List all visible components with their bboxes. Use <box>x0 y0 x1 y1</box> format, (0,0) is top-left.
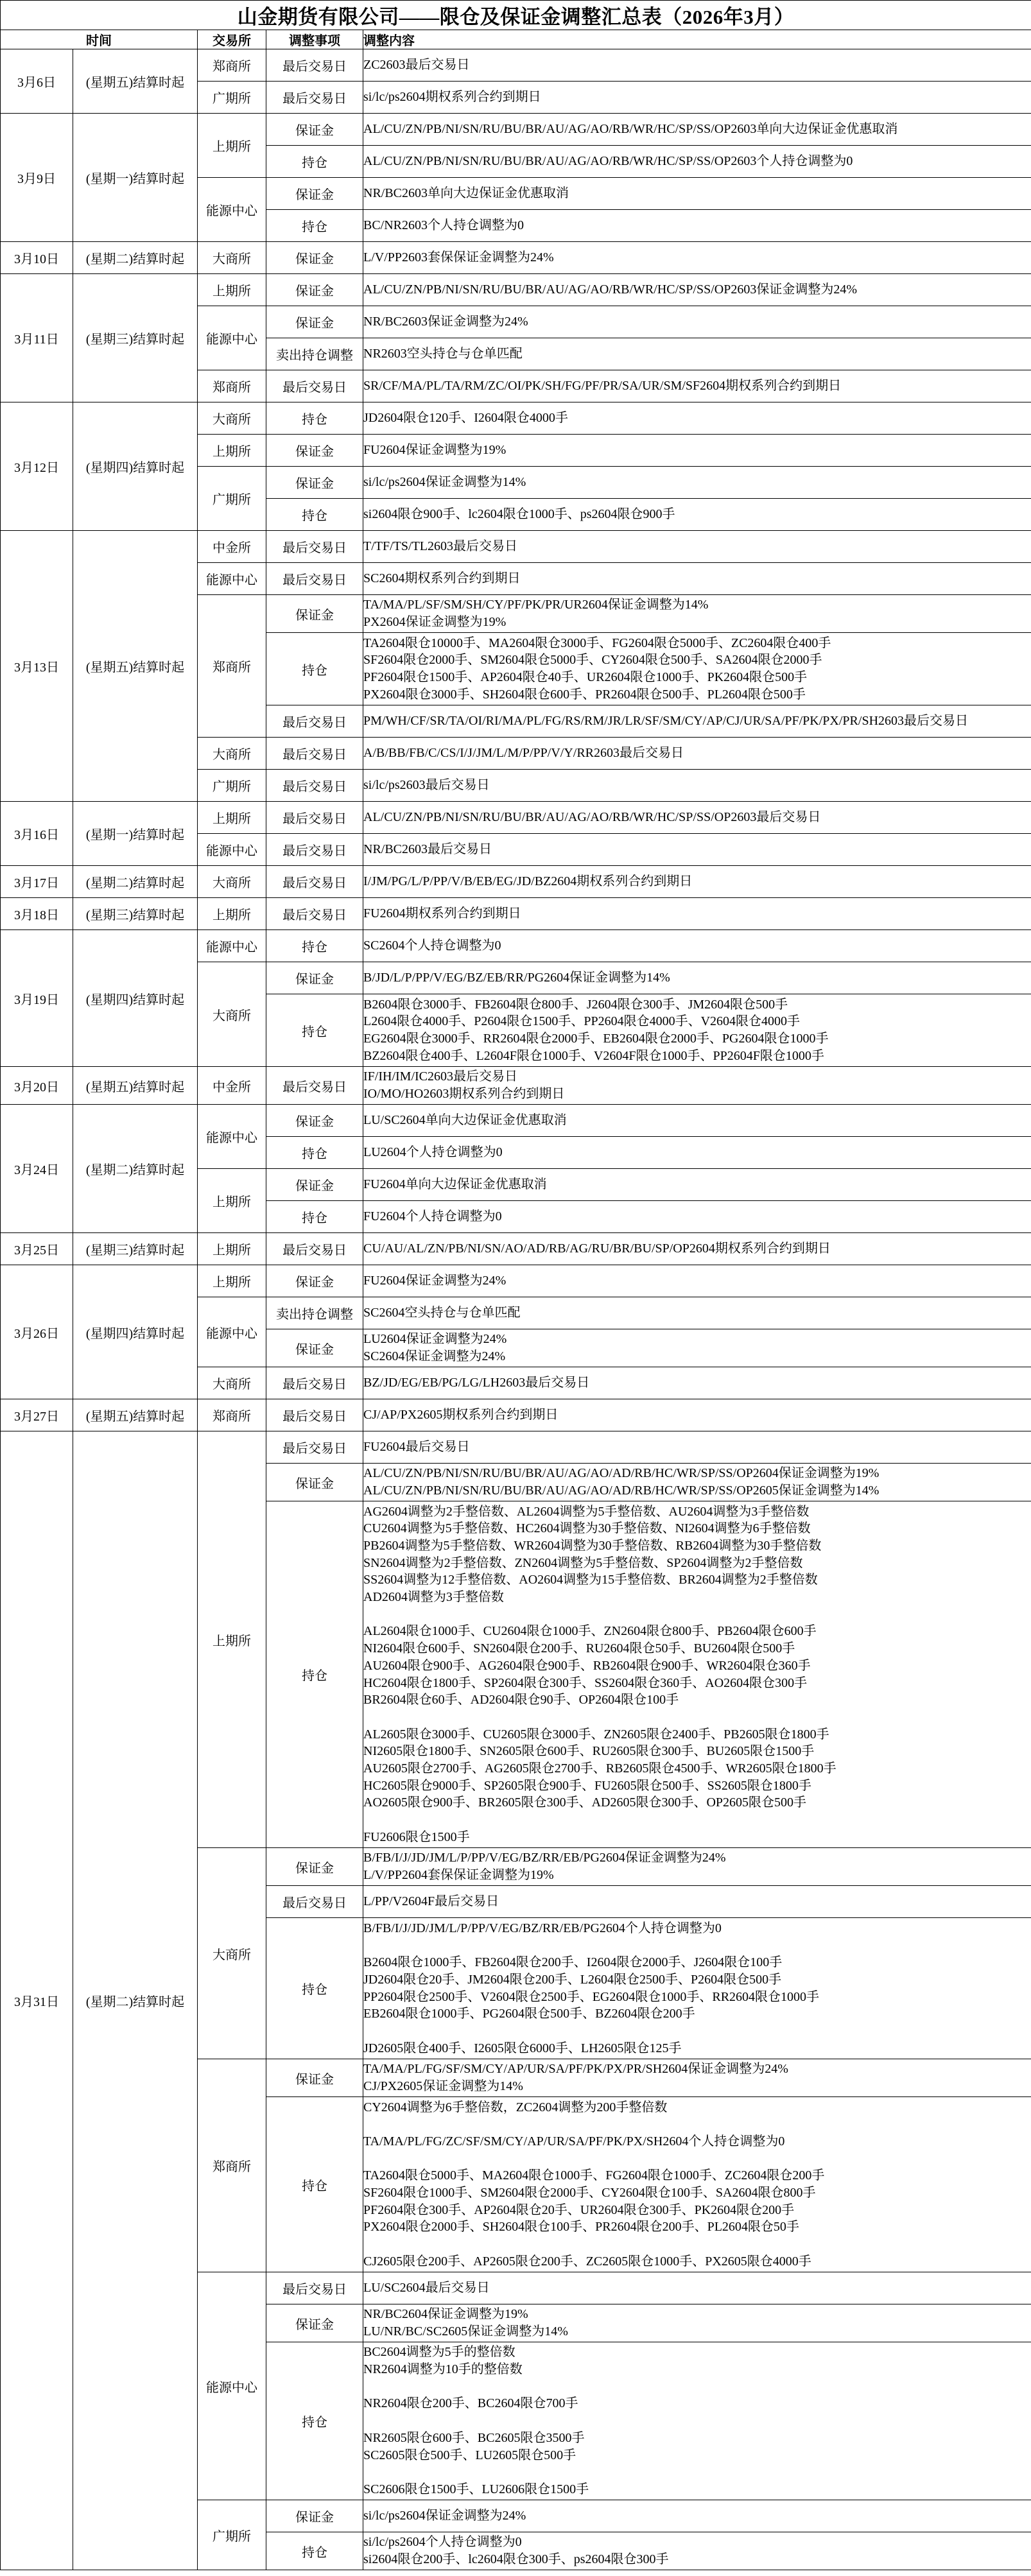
content-cell: TA/MA/PL/FG/SF/SM/CY/AP/UR/SA/PF/PK/PX/P… <box>363 2059 1031 2097</box>
table-row: 3月13日(星期五)结算时起中金所最后交易日T/TF/TS/TL2603最后交易… <box>1 531 1031 563</box>
exchange-cell: 上期所 <box>198 274 266 306</box>
content-cell: JD2604限仓120手、I2604限仓4000手 <box>363 402 1031 435</box>
weekday-cell: (星期一)结算时起 <box>73 802 198 866</box>
content-cell: NR/BC2603保证金调整为24% <box>363 306 1031 338</box>
weekday-cell: (星期五)结算时起 <box>73 1067 198 1105</box>
item-type-cell: 持仓 <box>266 1918 363 2059</box>
item-type-cell: 保证金 <box>266 1329 363 1367</box>
content-line: PX2604限仓2000手、SH2604限仓100手、PR2604限仓200手、… <box>363 2218 1031 2236</box>
content-line: NI2604限仓600手、SN2604限仓200手、RU2604限仓50手、BU… <box>363 1640 1031 1657</box>
table-row: 3月26日(星期四)结算时起上期所保证金FU2604保证金调整为24% <box>1 1265 1031 1297</box>
header-content: 调整内容 <box>363 30 1031 49</box>
item-type-cell: 卖出持仓调整 <box>266 338 363 370</box>
item-type-cell: 最后交易日 <box>266 2272 363 2304</box>
date-cell: 3月31日 <box>1 1431 73 2570</box>
item-type-cell: 保证金 <box>266 178 363 210</box>
item-type-cell: 保证金 <box>266 274 363 306</box>
content-line: PM/WH/CF/SR/TA/OI/RI/MA/PL/FG/RS/RM/JR/L… <box>363 713 1031 730</box>
content-cell: si/lc/ps2604保证金调整为14% <box>363 467 1031 499</box>
content-line: PX2604保证金调整为19% <box>363 614 1031 631</box>
weekday-cell: (星期四)结算时起 <box>73 402 198 531</box>
content-cell: LU/SC2604单向大边保证金优惠取消 <box>363 1105 1031 1137</box>
content-line: si/lc/ps2604个人持仓调整为0 <box>363 2534 1031 2551</box>
content-line <box>363 1937 1031 1954</box>
content-line: si/lc/ps2604保证金调整为24% <box>363 2507 1031 2525</box>
date-cell: 3月13日 <box>1 531 73 802</box>
weekday-cell: (星期三)结算时起 <box>73 1233 198 1265</box>
table-row: 3月27日(星期五)结算时起郑商所最后交易日CJ/AP/PX2605期权系列合约… <box>1 1399 1031 1431</box>
date-cell: 3月12日 <box>1 402 73 531</box>
content-cell: si/lc/ps2603最后交易日 <box>363 770 1031 802</box>
content-line: BC2604调整为5手的整倍数 <box>363 2344 1031 2361</box>
content-cell: IF/IH/IM/IC2603最后交易日IO/MO/HO2603期权系列合约到期… <box>363 1067 1031 1105</box>
item-type-cell: 最后交易日 <box>266 1367 363 1399</box>
content-line: TA/MA/PL/FG/SF/SM/CY/AP/UR/SA/PF/PK/PX/P… <box>363 2061 1031 2078</box>
item-type-cell: 最后交易日 <box>266 866 363 898</box>
item-type-cell: 持仓 <box>266 2097 363 2272</box>
content-line: AL2604限仓1000手、CU2604限仓1000手、ZN2604限仓800手… <box>363 1623 1031 1640</box>
exchange-cell: 大商所 <box>198 1848 266 2059</box>
item-type-cell: 卖出持仓调整 <box>266 1297 363 1329</box>
content-cell: AL/CU/ZN/PB/NI/SN/RU/BU/BR/AU/AG/AO/RB/W… <box>363 274 1031 306</box>
content-line: A/B/BB/FB/C/CS/I/J/JM/L/M/P/PP/V/Y/RR260… <box>363 745 1031 762</box>
weekday-cell: (星期五)结算时起 <box>73 531 198 802</box>
content-cell: NR2603空头持仓与仓单匹配 <box>363 338 1031 370</box>
content-line: si/lc/ps2603最后交易日 <box>363 777 1031 794</box>
content-line: LU/SC2604最后交易日 <box>363 2279 1031 2297</box>
content-line: EG2604限仓3000手、RR2604限仓2000手、EB2604限仓2000… <box>363 1030 1031 1048</box>
content-line <box>363 1709 1031 1726</box>
item-type-cell: 保证金 <box>266 435 363 467</box>
content-cell: PM/WH/CF/SR/TA/OI/RI/MA/PL/FG/RS/RM/JR/L… <box>363 705 1031 738</box>
content-line: NR2604限仓200手、BC2604限仓700手 <box>363 2395 1031 2412</box>
item-type-cell: 最后交易日 <box>266 563 363 595</box>
content-line: FU2606限仓1500手 <box>363 1829 1031 1846</box>
item-type-cell: 最后交易日 <box>266 1233 363 1265</box>
content-line: PB2604调整为5手整倍数、WR2604调整为30手整倍数、RB2604调整为… <box>363 1537 1031 1555</box>
content-line: L/V/PP2603套保保证金调整为24% <box>363 249 1031 266</box>
content-line: L2604限仓4000手、P2604限仓1500手、PP2604限仓4000手、… <box>363 1013 1031 1030</box>
content-line <box>363 2236 1031 2253</box>
content-cell: CY2604调整为6手整倍数，ZC2604调整为200手整倍数TA/MA/PL/… <box>363 2097 1031 2272</box>
content-line: IO/MO/HO2603期权系列合约到期日 <box>363 1085 1031 1103</box>
exchange-cell: 郑商所 <box>198 49 266 82</box>
weekday-cell: (星期三)结算时起 <box>73 898 198 930</box>
weekday-cell: (星期二)结算时起 <box>73 242 198 274</box>
content-line <box>363 1811 1031 1829</box>
content-line: AL/CU/ZN/PB/NI/SN/RU/BU/BR/AU/AG/AO/RB/W… <box>363 809 1031 826</box>
exchange-cell: 中金所 <box>198 531 266 563</box>
title-row: 山金期货有限公司——限仓及保证金调整汇总表（2026年3月） <box>1 1 1031 30</box>
content-line: SC2605限仓500手、LU2605限仓500手 <box>363 2447 1031 2464</box>
item-type-cell: 保证金 <box>266 306 363 338</box>
content-line: L/V/PP2604套保保证金调整为19% <box>363 1867 1031 1884</box>
page-title: 山金期货有限公司——限仓及保证金调整汇总表（2026年3月） <box>1 1 1031 30</box>
content-line: NR2605限仓600手、BC2605限仓3500手 <box>363 2430 1031 2447</box>
table-row: 3月12日(星期四)结算时起大商所持仓JD2604限仓120手、I2604限仓4… <box>1 402 1031 435</box>
table-row: 3月6日(星期五)结算时起郑商所最后交易日ZC2603最后交易日 <box>1 49 1031 82</box>
exchange-cell: 中金所 <box>198 1067 266 1105</box>
content-line: AL/CU/ZN/PB/NI/SN/RU/BU/BR/AU/AG/AO/RB/W… <box>363 153 1031 170</box>
content-line: AL2605限仓3000手、CU2605限仓3000手、ZN2605限仓2400… <box>363 1726 1031 1743</box>
exchange-cell: 能源中心 <box>198 178 266 242</box>
date-cell: 3月26日 <box>1 1265 73 1399</box>
table-row: 3月25日(星期三)结算时起上期所最后交易日CU/AU/AL/ZN/PB/NI/… <box>1 1233 1031 1265</box>
exchange-cell: 广期所 <box>198 467 266 531</box>
content-line: AL/CU/ZN/PB/NI/SN/RU/BU/BR/AU/AG/AO/RB/W… <box>363 121 1031 138</box>
content-line: CU/AU/AL/ZN/PB/NI/SN/AO/AD/RB/AG/RU/BR/B… <box>363 1240 1031 1258</box>
content-line: B2604限仓1000手、FB2604限仓200手、I2604限仓2000手、J… <box>363 1954 1031 1971</box>
content-line: NR/BC2603保证金调整为24% <box>363 313 1031 331</box>
content-line: FU2604保证金调整为24% <box>363 1272 1031 1290</box>
content-cell: FU2604保证金调整为24% <box>363 1265 1031 1297</box>
content-cell: FU2604保证金调整为19% <box>363 435 1031 467</box>
content-line: ZC2603最后交易日 <box>363 56 1031 74</box>
exchange-cell: 郑商所 <box>198 1399 266 1431</box>
content-line: NR2603空头持仓与仓单匹配 <box>363 345 1031 363</box>
content-line: TA/MA/PL/FG/ZC/SF/SM/CY/AP/UR/SA/PF/PK/P… <box>363 2133 1031 2150</box>
exchange-cell: 上期所 <box>198 114 266 178</box>
weekday-cell: (星期五)结算时起 <box>73 49 198 114</box>
item-type-cell: 最后交易日 <box>266 834 363 866</box>
content-cell: SC2604个人持仓调整为0 <box>363 930 1031 962</box>
item-type-cell: 最后交易日 <box>266 49 363 82</box>
content-cell: LU2604保证金调整为24%SC2604保证金调整为24% <box>363 1329 1031 1367</box>
content-line: B/FB/I/J/JD/JM/L/P/PP/V/EG/BZ/RR/EB/PG26… <box>363 1849 1031 1867</box>
content-cell: I/JM/PG/L/P/PP/V/B/EB/EG/JD/BZ2604期权系列合约… <box>363 866 1031 898</box>
exchange-cell: 上期所 <box>198 898 266 930</box>
exchange-cell: 上期所 <box>198 1265 266 1297</box>
weekday-cell: (星期五)结算时起 <box>73 1399 198 1431</box>
exchange-cell: 能源中心 <box>198 2272 266 2500</box>
content-line: SC2604个人持仓调整为0 <box>363 937 1031 955</box>
weekday-cell: (星期四)结算时起 <box>73 930 198 1067</box>
content-cell: BZ/JD/EG/EB/PG/LG/LH2603最后交易日 <box>363 1367 1031 1399</box>
content-line: BZ/JD/EG/EB/PG/LG/LH2603最后交易日 <box>363 1374 1031 1392</box>
date-cell: 3月6日 <box>1 49 73 114</box>
date-cell: 3月19日 <box>1 930 73 1067</box>
item-type-cell: 保证金 <box>266 2304 363 2342</box>
date-cell: 3月11日 <box>1 274 73 402</box>
content-line: si2604限仓200手、lc2604限仓300手、ps2604限仓300手 <box>363 2551 1031 2568</box>
content-cell: L/PP/V2604F最后交易日 <box>363 1886 1031 1918</box>
content-cell: T/TF/TS/TL2603最后交易日 <box>363 531 1031 563</box>
content-cell: FU2604个人持仓调整为0 <box>363 1201 1031 1233</box>
content-cell: si/lc/ps2604保证金调整为24% <box>363 2500 1031 2532</box>
content-line: CJ2605限仓200手、AP2605限仓200手、ZC2605限仓1000手、… <box>363 2253 1031 2270</box>
item-type-cell: 持仓 <box>266 499 363 531</box>
content-cell: LU/SC2604最后交易日 <box>363 2272 1031 2304</box>
exchange-cell: 郑商所 <box>198 595 266 738</box>
content-line: NR/BC2603最后交易日 <box>363 841 1031 858</box>
weekday-cell: (星期一)结算时起 <box>73 114 198 242</box>
table-row: 3月20日(星期五)结算时起中金所最后交易日IF/IH/IM/IC2603最后交… <box>1 1067 1031 1105</box>
item-type-cell: 持仓 <box>266 1137 363 1169</box>
content-line: PP2604限仓2500手、V2604限仓2500手、EG2604限仓1000手… <box>363 1989 1031 2006</box>
content-cell: L/V/PP2603套保保证金调整为24% <box>363 242 1031 274</box>
adjustment-table: 山金期货有限公司——限仓及保证金调整汇总表（2026年3月） 时间 交易所 调整… <box>0 0 1031 2570</box>
content-line: IF/IH/IM/IC2603最后交易日 <box>363 1068 1031 1085</box>
content-line: SC2606限仓1500手、LU2606限仓1500手 <box>363 2481 1031 2498</box>
content-line: B2604限仓3000手、FB2604限仓800手、J2604限仓300手、JM… <box>363 996 1031 1014</box>
content-line: PX2604限仓3000手、SH2604限仓600手、PR2604限仓500手、… <box>363 686 1031 704</box>
content-cell: B2604限仓3000手、FB2604限仓800手、J2604限仓300手、JM… <box>363 994 1031 1067</box>
content-line <box>363 2464 1031 2481</box>
item-type-cell: 保证金 <box>266 1169 363 1201</box>
table-row: 3月19日(星期四)结算时起能源中心持仓SC2604个人持仓调整为0 <box>1 930 1031 962</box>
content-line: HC2604限仓1800手、SP2604限仓300手、SS2604限仓360手、… <box>363 1675 1031 1692</box>
content-cell: NR/BC2603最后交易日 <box>363 834 1031 866</box>
item-type-cell: 最后交易日 <box>266 1431 363 1464</box>
header-time: 时间 <box>1 30 198 49</box>
weekday-cell: (星期二)结算时起 <box>73 1431 198 2570</box>
exchange-cell: 大商所 <box>198 962 266 1067</box>
item-type-cell: 最后交易日 <box>266 1067 363 1105</box>
item-type-cell: 持仓 <box>266 994 363 1067</box>
exchange-cell: 能源中心 <box>198 563 266 595</box>
item-type-cell: 最后交易日 <box>266 898 363 930</box>
content-cell: AG2604调整为2手整倍数、AL2604调整为5手整倍数、AU2604调整为3… <box>363 1501 1031 1848</box>
item-type-cell: 持仓 <box>266 633 363 705</box>
item-type-cell: 持仓 <box>266 146 363 178</box>
content-line: T/TF/TS/TL2603最后交易日 <box>363 538 1031 555</box>
exchange-cell: 大商所 <box>198 402 266 435</box>
exchange-cell: 能源中心 <box>198 1105 266 1169</box>
item-type-cell: 持仓 <box>266 2532 363 2570</box>
content-cell: NR/BC2603单向大边保证金优惠取消 <box>363 178 1031 210</box>
content-line: NI2605限仓1800手、SN2605限仓600手、RU2605限仓300手、… <box>363 1743 1031 1760</box>
content-line: BZ2604限仓400手、L2604F限仓1000手、V2604F限仓1000手… <box>363 1048 1031 1065</box>
content-cell: LU2604个人持仓调整为0 <box>363 1137 1031 1169</box>
content-line: L/PP/V2604F最后交易日 <box>363 1893 1031 1910</box>
content-cell: TA/MA/PL/SF/SM/SH/CY/PF/PK/PR/UR2604保证金调… <box>363 595 1031 633</box>
date-cell: 3月18日 <box>1 898 73 930</box>
exchange-cell: 能源中心 <box>198 1297 266 1367</box>
content-line: FU2604最后交易日 <box>363 1439 1031 1456</box>
content-line: JD2604限仓120手、I2604限仓4000手 <box>363 410 1031 427</box>
content-line: LU2604个人持仓调整为0 <box>363 1144 1031 1161</box>
exchange-cell: 大商所 <box>198 1367 266 1399</box>
content-line <box>363 2023 1031 2040</box>
content-line: FU2604保证金调整为19% <box>363 442 1031 459</box>
content-line: SN2604调整为2手整倍数、ZN2604调整为5手整倍数、SP2604调整为2… <box>363 1555 1031 1572</box>
date-cell: 3月9日 <box>1 114 73 242</box>
table-row: 3月17日(星期二)结算时起大商所最后交易日I/JM/PG/L/P/PP/V/B… <box>1 866 1031 898</box>
item-type-cell: 最后交易日 <box>266 1886 363 1918</box>
exchange-cell: 大商所 <box>198 242 266 274</box>
header-exchange: 交易所 <box>198 30 266 49</box>
content-line: AU2604限仓900手、AG2604限仓900手、RB2604限仓900手、W… <box>363 1657 1031 1675</box>
content-line: FU2604期权系列合约到期日 <box>363 905 1031 922</box>
exchange-cell: 郑商所 <box>198 370 266 402</box>
weekday-cell: (星期三)结算时起 <box>73 274 198 402</box>
exchange-cell: 广期所 <box>198 2500 266 2570</box>
content-line: PF2604限仓1500手、AP2604限仓40手、UR2604限仓1000手、… <box>363 669 1031 686</box>
date-cell: 3月25日 <box>1 1233 73 1265</box>
exchange-cell: 郑商所 <box>198 2059 266 2272</box>
table-row: 3月11日(星期三)结算时起上期所保证金AL/CU/ZN/PB/NI/SN/RU… <box>1 274 1031 306</box>
table-row: 3月9日(星期一)结算时起上期所保证金AL/CU/ZN/PB/NI/SN/RU/… <box>1 114 1031 146</box>
exchange-cell: 能源中心 <box>198 834 266 866</box>
content-cell: B/FB/I/J/JD/JM/L/P/PP/V/EG/BZ/RR/EB/PG26… <box>363 1848 1031 1886</box>
exchange-cell: 上期所 <box>198 435 266 467</box>
table-row: 3月10日(星期二)结算时起大商所保证金L/V/PP2603套保保证金调整为24… <box>1 242 1031 274</box>
content-cell: BC/NR2603个人持仓调整为0 <box>363 210 1031 242</box>
content-line: B/FB/I/J/JD/JM/L/P/PP/V/EG/BZ/RR/EB/PG26… <box>363 1920 1031 1937</box>
content-line: TA2604限仓10000手、MA2604限仓3000手、FG2604限仓500… <box>363 635 1031 652</box>
date-cell: 3月10日 <box>1 242 73 274</box>
content-line <box>363 2378 1031 2396</box>
item-type-cell: 最后交易日 <box>266 531 363 563</box>
content-line: SC2604保证金调整为24% <box>363 1348 1031 1365</box>
content-cell: NR/BC2604保证金调整为19%LU/NR/BC/SC2605保证金调整为1… <box>363 2304 1031 2342</box>
content-line: CJ/AP/PX2605期权系列合约到期日 <box>363 1406 1031 1424</box>
content-line: LU2604保证金调整为24% <box>363 1331 1031 1348</box>
content-line: FU2604个人持仓调整为0 <box>363 1208 1031 1225</box>
content-line: AU2605限仓2700手、AG2605限仓2700手、RB2605限仓4500… <box>363 1760 1031 1777</box>
table-row: 3月16日(星期一)结算时起上期所最后交易日AL/CU/ZN/PB/NI/SN/… <box>1 802 1031 834</box>
item-type-cell: 持仓 <box>266 930 363 962</box>
item-type-cell: 最后交易日 <box>266 738 363 770</box>
item-type-cell: 持仓 <box>266 2342 363 2500</box>
item-type-cell: 保证金 <box>266 1265 363 1297</box>
content-line: NR/BC2604保证金调整为19% <box>363 2306 1031 2323</box>
item-type-cell: 保证金 <box>266 467 363 499</box>
weekday-cell: (星期二)结算时起 <box>73 1105 198 1233</box>
content-line: CJ/PX2605保证金调整为14% <box>363 2078 1031 2095</box>
item-type-cell: 保证金 <box>266 2500 363 2532</box>
item-type-cell: 保证金 <box>266 1105 363 1137</box>
content-line: JD2605限仓400手、I2605限仓6000手、LH2605限仓125手 <box>363 2040 1031 2057</box>
content-line: AO2605限仓900手、BR2605限仓300手、AD2605限仓300手、O… <box>363 1794 1031 1811</box>
content-line <box>363 1606 1031 1623</box>
content-cell: AL/CU/ZN/PB/NI/SN/RU/BU/BR/AU/AG/AO/RB/W… <box>363 146 1031 178</box>
date-cell: 3月27日 <box>1 1399 73 1431</box>
content-line: CY2604调整为6手整倍数，ZC2604调整为200手整倍数 <box>363 2099 1031 2116</box>
exchange-cell: 能源中心 <box>198 306 266 370</box>
item-type-cell: 最后交易日 <box>266 802 363 834</box>
item-type-cell: 最后交易日 <box>266 705 363 738</box>
exchange-cell: 上期所 <box>198 1431 266 1848</box>
content-line: FU2604单向大边保证金优惠取消 <box>363 1176 1031 1193</box>
date-cell: 3月17日 <box>1 866 73 898</box>
content-line: SC2604期权系列合约到期日 <box>363 570 1031 587</box>
exchange-cell: 大商所 <box>198 866 266 898</box>
item-type-cell: 最后交易日 <box>266 370 363 402</box>
content-cell: A/B/BB/FB/C/CS/I/J/JM/L/M/P/PP/V/Y/RR260… <box>363 738 1031 770</box>
item-type-cell: 最后交易日 <box>266 82 363 114</box>
content-line: CU2604调整为5手整倍数、HC2604调整为30手整倍数、NI2604调整为… <box>363 1520 1031 1537</box>
content-cell: AL/CU/ZN/PB/NI/SN/RU/BU/BR/AU/AG/AO/RB/W… <box>363 114 1031 146</box>
content-cell: TA2604限仓10000手、MA2604限仓3000手、FG2604限仓500… <box>363 633 1031 705</box>
content-line: HC2605限仓9000手、SP2605限仓900手、FU2605限仓500手、… <box>363 1777 1031 1795</box>
table-row: 3月24日(星期二)结算时起能源中心保证金LU/SC2604单向大边保证金优惠取… <box>1 1105 1031 1137</box>
header-row: 时间 交易所 调整事项 调整内容 <box>1 30 1031 49</box>
content-line: si/lc/ps2604期权系列合约到期日 <box>363 89 1031 106</box>
date-cell: 3月16日 <box>1 802 73 866</box>
content-line: NR/BC2603单向大边保证金优惠取消 <box>363 185 1031 202</box>
content-cell: B/JD/L/P/PP/V/EG/BZ/EB/RR/PG2604保证金调整为14… <box>363 962 1031 994</box>
content-line: AL/CU/ZN/PB/NI/SN/RU/BU/BR/AU/AG/AO/AD/R… <box>363 1482 1031 1500</box>
content-cell: CU/AU/AL/ZN/PB/NI/SN/AO/AD/RB/AG/RU/BR/B… <box>363 1233 1031 1265</box>
item-type-cell: 保证金 <box>266 2059 363 2097</box>
content-line: TA/MA/PL/SF/SM/SH/CY/PF/PK/PR/UR2604保证金调… <box>363 596 1031 614</box>
content-line: JD2604限仓20手、JM2604限仓200手、L2604限仓2500手、P2… <box>363 1971 1031 1989</box>
content-cell: FU2604单向大边保证金优惠取消 <box>363 1169 1031 1201</box>
item-type-cell: 持仓 <box>266 1501 363 1848</box>
table-row: 3月18日(星期三)结算时起上期所最后交易日FU2604期权系列合约到期日 <box>1 898 1031 930</box>
content-line: BR2604限仓60手、AD2604限仓90手、OP2604限仓100手 <box>363 1691 1031 1709</box>
weekday-cell: (星期四)结算时起 <box>73 1265 198 1399</box>
item-type-cell: 保证金 <box>266 595 363 633</box>
content-line: EB2604限仓1000手、PG2604限仓500手、BZ2604限仓200手 <box>363 2005 1031 2023</box>
content-line: SR/CF/MA/PL/TA/RM/ZC/OI/PK/SH/FG/PF/PR/S… <box>363 377 1031 395</box>
content-cell: ZC2603最后交易日 <box>363 49 1031 82</box>
content-line: SF2604限仓1000手、SM2604限仓2000手、CY2604限仓100手… <box>363 2184 1031 2202</box>
content-line: LU/SC2604单向大边保证金优惠取消 <box>363 1112 1031 1129</box>
weekday-cell: (星期二)结算时起 <box>73 866 198 898</box>
exchange-cell: 能源中心 <box>198 930 266 962</box>
content-line: SF2604限仓2000手、SM2604限仓5000手、CY2604限仓500手… <box>363 652 1031 669</box>
content-cell: AL/CU/ZN/PB/NI/SN/RU/BU/BR/AU/AG/AO/RB/W… <box>363 802 1031 834</box>
content-line <box>363 2150 1031 2168</box>
content-cell: FU2604最后交易日 <box>363 1431 1031 1464</box>
content-cell: SC2604期权系列合约到期日 <box>363 563 1031 595</box>
content-line: SC2604空头持仓与仓单匹配 <box>363 1304 1031 1322</box>
content-cell: B/FB/I/J/JD/JM/L/P/PP/V/EG/BZ/RR/EB/PG26… <box>363 1918 1031 2059</box>
item-type-cell: 持仓 <box>266 210 363 242</box>
item-type-cell: 最后交易日 <box>266 1399 363 1431</box>
exchange-cell: 上期所 <box>198 1169 266 1233</box>
table-body: 3月6日(星期五)结算时起郑商所最后交易日ZC2603最后交易日广期所最后交易日… <box>1 49 1031 2570</box>
date-cell: 3月20日 <box>1 1067 73 1105</box>
content-line <box>363 2412 1031 2430</box>
content-line: I/JM/PG/L/P/PP/V/B/EB/EG/JD/BZ2604期权系列合约… <box>363 873 1031 890</box>
content-line: PF2604限仓300手、AP2604限仓20手、UR2604限仓300手、PK… <box>363 2202 1031 2219</box>
exchange-cell: 大商所 <box>198 738 266 770</box>
item-type-cell: 持仓 <box>266 1201 363 1233</box>
content-cell: CJ/AP/PX2605期权系列合约到期日 <box>363 1399 1031 1431</box>
content-line: si/lc/ps2604保证金调整为14% <box>363 474 1031 491</box>
item-type-cell: 最后交易日 <box>266 770 363 802</box>
content-line: NR2604调整为10手的整倍数 <box>363 2361 1031 2378</box>
date-cell: 3月24日 <box>1 1105 73 1233</box>
item-type-cell: 保证金 <box>266 962 363 994</box>
content-cell: FU2604期权系列合约到期日 <box>363 898 1031 930</box>
content-line: AD2604调整为3手整倍数 <box>363 1589 1031 1606</box>
content-cell: SR/CF/MA/PL/TA/RM/ZC/OI/PK/SH/FG/PF/PR/S… <box>363 370 1031 402</box>
content-cell: SC2604空头持仓与仓单匹配 <box>363 1297 1031 1329</box>
header-item: 调整事项 <box>266 30 363 49</box>
exchange-cell: 广期所 <box>198 82 266 114</box>
content-line: AL/CU/ZN/PB/NI/SN/RU/BU/BR/AU/AG/AO/RB/W… <box>363 281 1031 298</box>
item-type-cell: 保证金 <box>266 1464 363 1501</box>
item-type-cell: 保证金 <box>266 114 363 146</box>
content-cell: AL/CU/ZN/PB/NI/SN/RU/BU/BR/AU/AG/AO/AD/R… <box>363 1464 1031 1501</box>
content-cell: si/lc/ps2604个人持仓调整为0si2604限仓200手、lc2604限… <box>363 2532 1031 2570</box>
exchange-cell: 广期所 <box>198 770 266 802</box>
content-line: BC/NR2603个人持仓调整为0 <box>363 217 1031 234</box>
content-line: TA2604限仓5000手、MA2604限仓1000手、FG2604限仓1000… <box>363 2167 1031 2184</box>
content-line <box>363 2116 1031 2133</box>
content-cell: si2604限仓900手、lc2604限仓1000手、ps2604限仓900手 <box>363 499 1031 531</box>
item-type-cell: 保证金 <box>266 242 363 274</box>
exchange-cell: 上期所 <box>198 1233 266 1265</box>
item-type-cell: 持仓 <box>266 402 363 435</box>
content-line: B/JD/L/P/PP/V/EG/BZ/EB/RR/PG2604保证金调整为14… <box>363 969 1031 987</box>
exchange-cell: 上期所 <box>198 802 266 834</box>
item-type-cell: 保证金 <box>266 1848 363 1886</box>
